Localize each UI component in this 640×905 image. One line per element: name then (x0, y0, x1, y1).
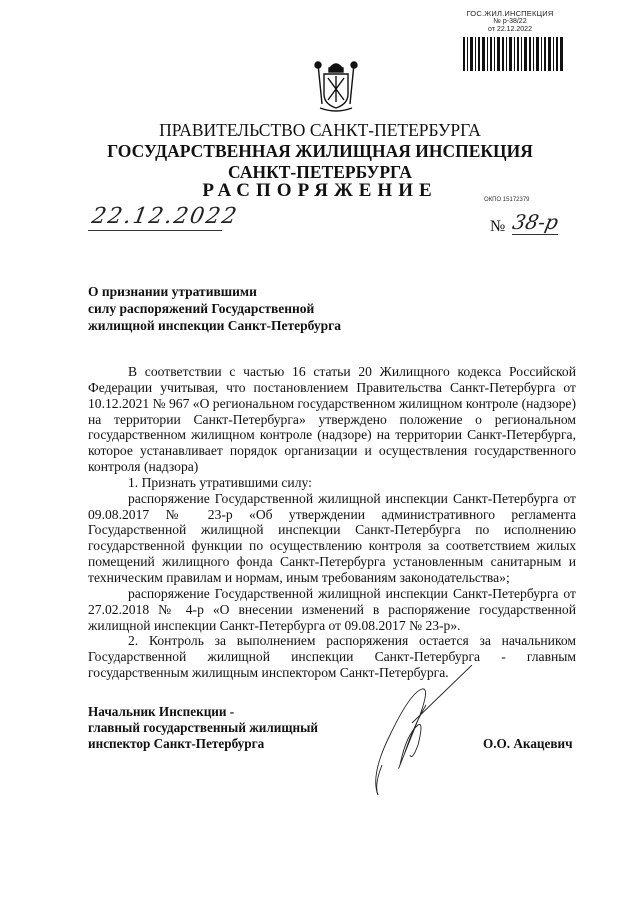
date-underline (88, 230, 222, 231)
subject-line: жилищной инспекции Санкт-Петербурга (88, 317, 378, 334)
coat-of-arms-icon (314, 60, 358, 114)
item-1-b: распоряжение Государственной жилищной ин… (88, 586, 576, 634)
government-name: ПРАВИТЕЛЬСТВО САНКТ-ПЕТЕРБУРГА (0, 120, 640, 141)
position-line: главный государственный жилищный (88, 720, 318, 736)
stamp-reg-date: от 22.12.2022 (455, 26, 565, 34)
inspection-name: ГОСУДАРСТВЕННАЯ ЖИЛИЩНАЯ ИНСПЕКЦИЯ (0, 141, 640, 162)
stamp-reg-number: № р-38/22 (455, 18, 565, 26)
position-line: инспектор Санкт-Петербурга (88, 736, 318, 752)
preamble-paragraph: В соответствии с частью 16 статьи 20 Жил… (88, 364, 576, 475)
number-underline (512, 234, 558, 235)
position-line: Начальник Инспекции - (88, 704, 318, 720)
signature-icon (360, 665, 480, 805)
subject-line: силу распоряжений Государственной (88, 300, 378, 317)
subject-line: О признании утратившими (88, 283, 378, 300)
document-subject: О признании утратившими силу распоряжени… (88, 283, 378, 334)
signatory-name: О.О. Акацевич (483, 736, 573, 752)
item-1-a: распоряжение Государственной жилищной ин… (88, 491, 576, 586)
signatory-position: Начальник Инспекции - главный государств… (88, 704, 318, 752)
document-type: РАСПОРЯЖЕНИЕ (0, 180, 640, 201)
document-date: 22.12.2022 (90, 204, 240, 229)
stamp-org: ГОС.ЖИЛ.ИНСПЕКЦИЯ (455, 10, 565, 18)
okpo-code: ОКПО 15172379 (484, 197, 530, 203)
item-1-title: 1. Признать утратившими силу: (88, 475, 576, 491)
barcode-icon (463, 37, 563, 71)
document-body: В соответствии с частью 16 статьи 20 Жил… (88, 364, 576, 681)
document-number: 38-р (510, 210, 560, 234)
item-2: 2. Контроль за выполнением распоряжения … (88, 633, 576, 681)
number-sign: № (490, 218, 505, 236)
registration-stamp: ГОС.ЖИЛ.ИНСПЕКЦИЯ № р-38/22 от 22.12.202… (455, 10, 565, 34)
